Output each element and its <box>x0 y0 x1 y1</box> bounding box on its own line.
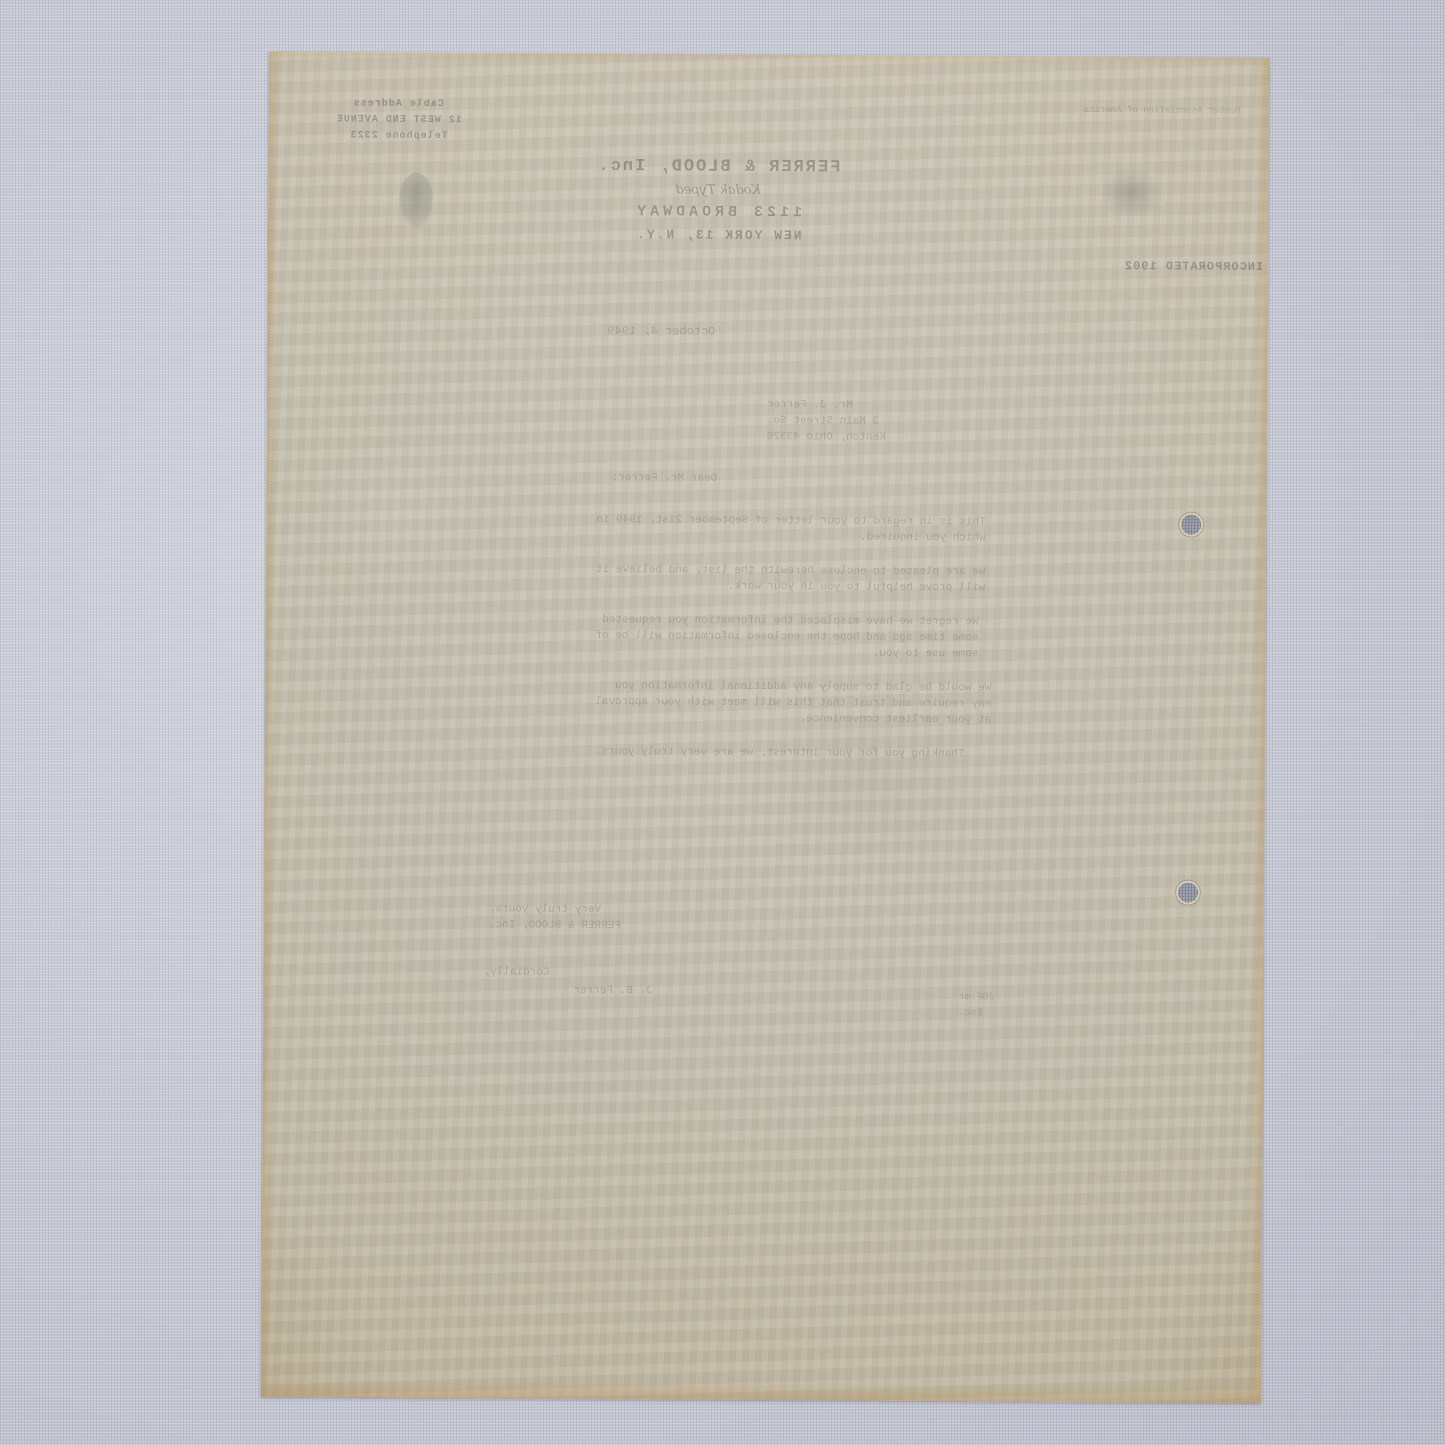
letterhead-left-block: Cable Address 12 WEST END AVENUE Telepho… <box>309 96 489 145</box>
address-line: 3 Main Street So. <box>767 413 879 430</box>
letterhead-left-line: Telephone 2323 <box>350 128 448 145</box>
letter-date-text: October 4, 1949 <box>607 324 715 339</box>
body-paragraph: This is in regard to your letter of Sept… <box>596 512 986 546</box>
punch-hole-icon <box>1176 881 1200 905</box>
arrowhead-logo-icon <box>398 173 434 229</box>
body-paragraph: We regret we have misplaced the informat… <box>595 612 978 662</box>
emblem-logo-icon <box>1103 167 1165 219</box>
company-name: FERRER & BLOOD, Inc. <box>596 154 840 181</box>
letterhead-right-top: Member Association of America <box>981 104 1241 116</box>
paper-edge-left <box>261 52 279 1397</box>
recipient-address: Mr. J. Ferrer 3 Main Street So. Kenton, … <box>767 397 1087 447</box>
paper-edge-top <box>269 52 1269 66</box>
closing-line: Very truly yours, <box>489 901 601 918</box>
closing-block: Very truly yours, FERRER & BLOOD, Inc. <box>489 901 729 934</box>
paper-stain <box>306 432 487 593</box>
punch-hole-icon <box>1179 513 1203 537</box>
company-tagline: Kodak Typed <box>675 180 761 201</box>
letterhead-right-top-text: Member Association of America <box>1084 105 1241 116</box>
body-paragraph: We are pleased to enclose herewith the l… <box>596 562 986 596</box>
signature-line: J. B. Ferrer <box>573 982 652 1000</box>
letterhead-right-bottom: INCORPORATED 1902 <box>1003 258 1263 274</box>
letterhead-right-bottom-text: INCORPORATED 1902 <box>1123 259 1263 274</box>
initials-line: JBF:mr <box>958 990 994 1006</box>
closing-line: FERRER & BLOOD, Inc. <box>489 917 621 934</box>
body-paragraph: Thanking you for your interest, we are v… <box>595 744 965 762</box>
body-paragraph: We would be glad to supply any additiona… <box>595 678 991 728</box>
typist-initials: JBF:mr Enc. <box>958 990 1038 1022</box>
signature-line: Cordially, <box>483 963 549 981</box>
signature-block: Cordially, J. B. Ferrer <box>483 963 723 1000</box>
letterhead-left-line: 12 WEST END AVENUE <box>336 112 462 129</box>
salutation-text: Dear Mr. Ferrer: <box>611 472 717 485</box>
letterhead-left-line: Cable Address <box>353 96 444 113</box>
letterhead-center: FERRER & BLOOD, Inc. Kodak Typed 1123 BR… <box>568 154 869 248</box>
letter-sheet: Cable Address 12 WEST END AVENUE Telepho… <box>261 52 1269 1403</box>
address-line: Mr. J. Ferrer <box>767 397 853 414</box>
letter-body: This is in regard to your letter of Sept… <box>595 512 1197 782</box>
paper-edge-bottom <box>261 1379 1261 1403</box>
address-line: Kenton, Ohio 43326 <box>767 429 886 446</box>
company-street: 1123 BROADWAY <box>634 200 803 225</box>
initials-line: Enc. <box>958 1006 982 1022</box>
letter-date: October 4, 1949 <box>607 324 907 340</box>
company-city: NEW YORK 13, N.Y. <box>635 224 802 247</box>
salutation: Dear Mr. Ferrer: <box>611 472 811 485</box>
